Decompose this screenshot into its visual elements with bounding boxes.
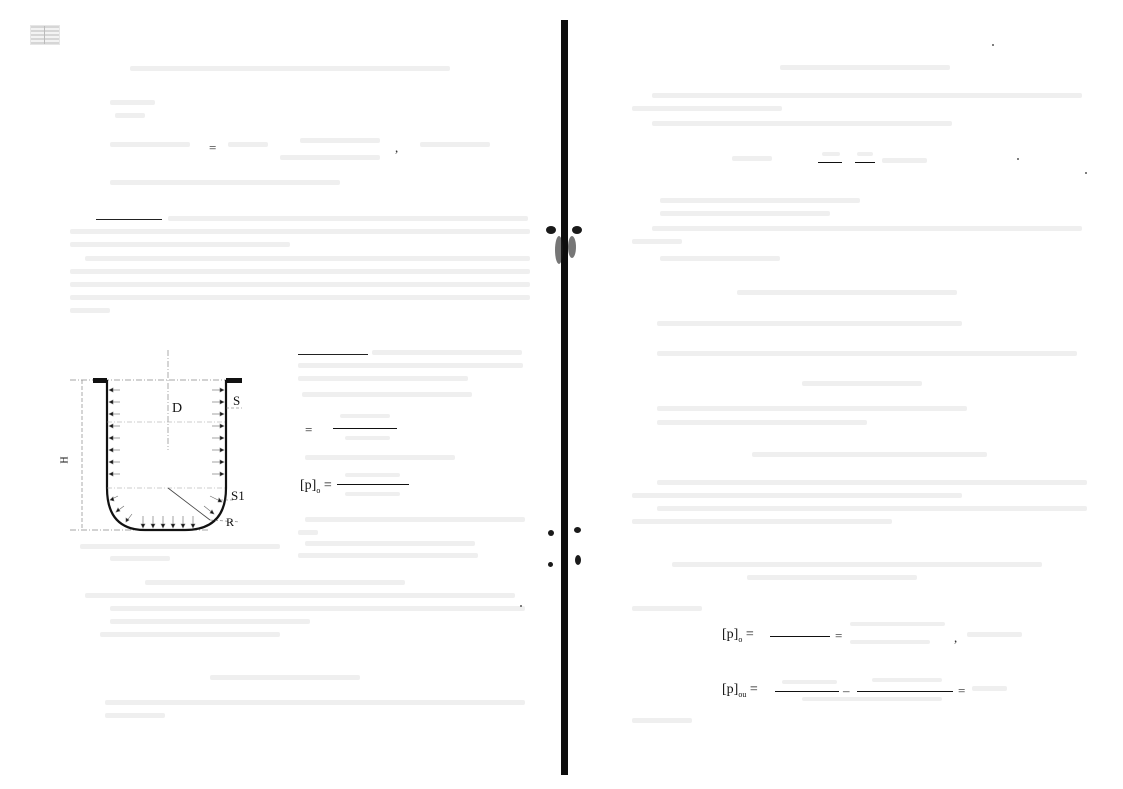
right-page: [p]o = = , [p]ou = – = [572,0,1123,789]
diagram-label-s1: S1 [231,489,245,502]
faded-text-line [672,562,1042,567]
faded-text-line [302,392,472,397]
faded-text-line [298,530,318,535]
formula-2: [p]o = [300,479,332,495]
faded-text-line [652,121,952,126]
comma: , [954,630,957,646]
equals-sign: = [209,140,216,156]
equals-sign: = [835,628,842,644]
equals-sign: = [958,683,965,699]
faded-text-line [632,239,682,244]
faded-text-line [110,100,155,105]
scan-smudge [546,226,556,234]
faded-text-line [228,142,268,147]
faded-text-line [145,580,405,585]
scan-speck [992,44,994,46]
faded-text-line [70,229,530,234]
faded-text-line [210,675,360,680]
faded-text-line [660,198,860,203]
fraction-line [333,428,397,429]
faded-text-line [110,556,170,561]
faded-text-line [780,65,950,70]
formula-1-lhs: = [305,423,312,436]
faded-text-line [70,295,530,300]
faded-text-line [752,452,987,457]
faded-text-line [105,713,165,718]
faded-text-line [657,420,867,425]
faded-text-line [105,700,525,705]
scan-smudge [548,530,554,536]
faded-text-line [657,351,1077,356]
faded-text-line [100,632,280,637]
page-thumbnail-icon [30,25,60,45]
faded-text-line [168,216,528,221]
faded-text-line [660,211,830,216]
faded-text-line [632,718,692,723]
faded-numerator [850,622,945,626]
diagram-label-h: H [61,456,71,463]
faded-text-line [882,158,927,163]
right-formula-2: [p]ou = [722,683,758,699]
faded-text-line [657,506,1087,511]
diagram-label-s: S [233,394,240,407]
faded-text-line [747,575,917,580]
faded-text-line [110,619,310,624]
faded-text-line [280,155,380,160]
faded-text-line [420,142,490,147]
faded-text-line [70,242,290,247]
faded-text-line [652,93,1082,98]
faded-text-line [70,308,110,313]
fraction-line [857,691,953,692]
faded-text-line [305,455,455,460]
faded-text-line [300,138,380,143]
faded-text-line [632,606,702,611]
scan-speck [1017,158,1019,160]
comma: , [395,140,398,156]
faded-text-line [115,113,145,118]
faded-text-line [972,686,1007,691]
faded-text-line [657,480,1087,485]
faded-text-line [110,142,190,147]
faded-text-line [110,606,525,611]
faded-denominator [850,640,930,644]
faded-text-line [660,256,780,261]
faded-text-line [305,517,525,522]
faded-text-line [110,180,340,185]
diagram-label-r: R [226,516,234,528]
faded-text-line [305,541,475,546]
faded-text-line [802,381,922,386]
faded-text-line [732,156,772,161]
faded-text-line [632,519,892,524]
faded-text-line [632,106,782,111]
diagram-label-d: D [172,402,182,416]
underline-blank [298,354,368,355]
fraction-line [775,691,839,692]
faded-numerator [857,152,873,156]
faded-text-line [70,269,530,274]
faded-numerator [872,678,942,682]
faded-text-line [130,66,450,71]
book-spine [561,20,568,775]
faded-text-line [967,632,1022,637]
faded-denominator [802,697,942,701]
scan-speck [520,605,522,607]
fraction-line [855,162,875,163]
fraction-line [770,636,830,637]
faded-denominator [345,436,390,440]
right-formula-1: [p]o = [722,628,754,644]
faded-text-line [85,256,530,261]
faded-text-line [737,290,957,295]
faded-text-line [70,282,530,287]
faded-numerator [822,152,840,156]
faded-text-line [85,593,515,598]
faded-text-line [652,226,1082,231]
faded-text-line [298,376,468,381]
faded-numerator [782,680,837,684]
faded-numerator [345,473,400,477]
scan-speck [1085,172,1087,174]
fraction-line [818,162,842,163]
left-page: = , [0,0,560,789]
scan-smudge [548,562,553,567]
faded-text-line [657,321,962,326]
faded-text-line [298,363,523,368]
fraction-line [337,484,409,485]
underline-blank [96,219,162,220]
faded-text-line [657,406,967,411]
faded-text-line [298,553,478,558]
faded-denominator [345,492,400,496]
scan-smudge [555,236,563,264]
faded-text-line [372,350,522,355]
faded-text-line [632,493,962,498]
faded-numerator [340,414,390,418]
faded-text-line [80,544,280,549]
